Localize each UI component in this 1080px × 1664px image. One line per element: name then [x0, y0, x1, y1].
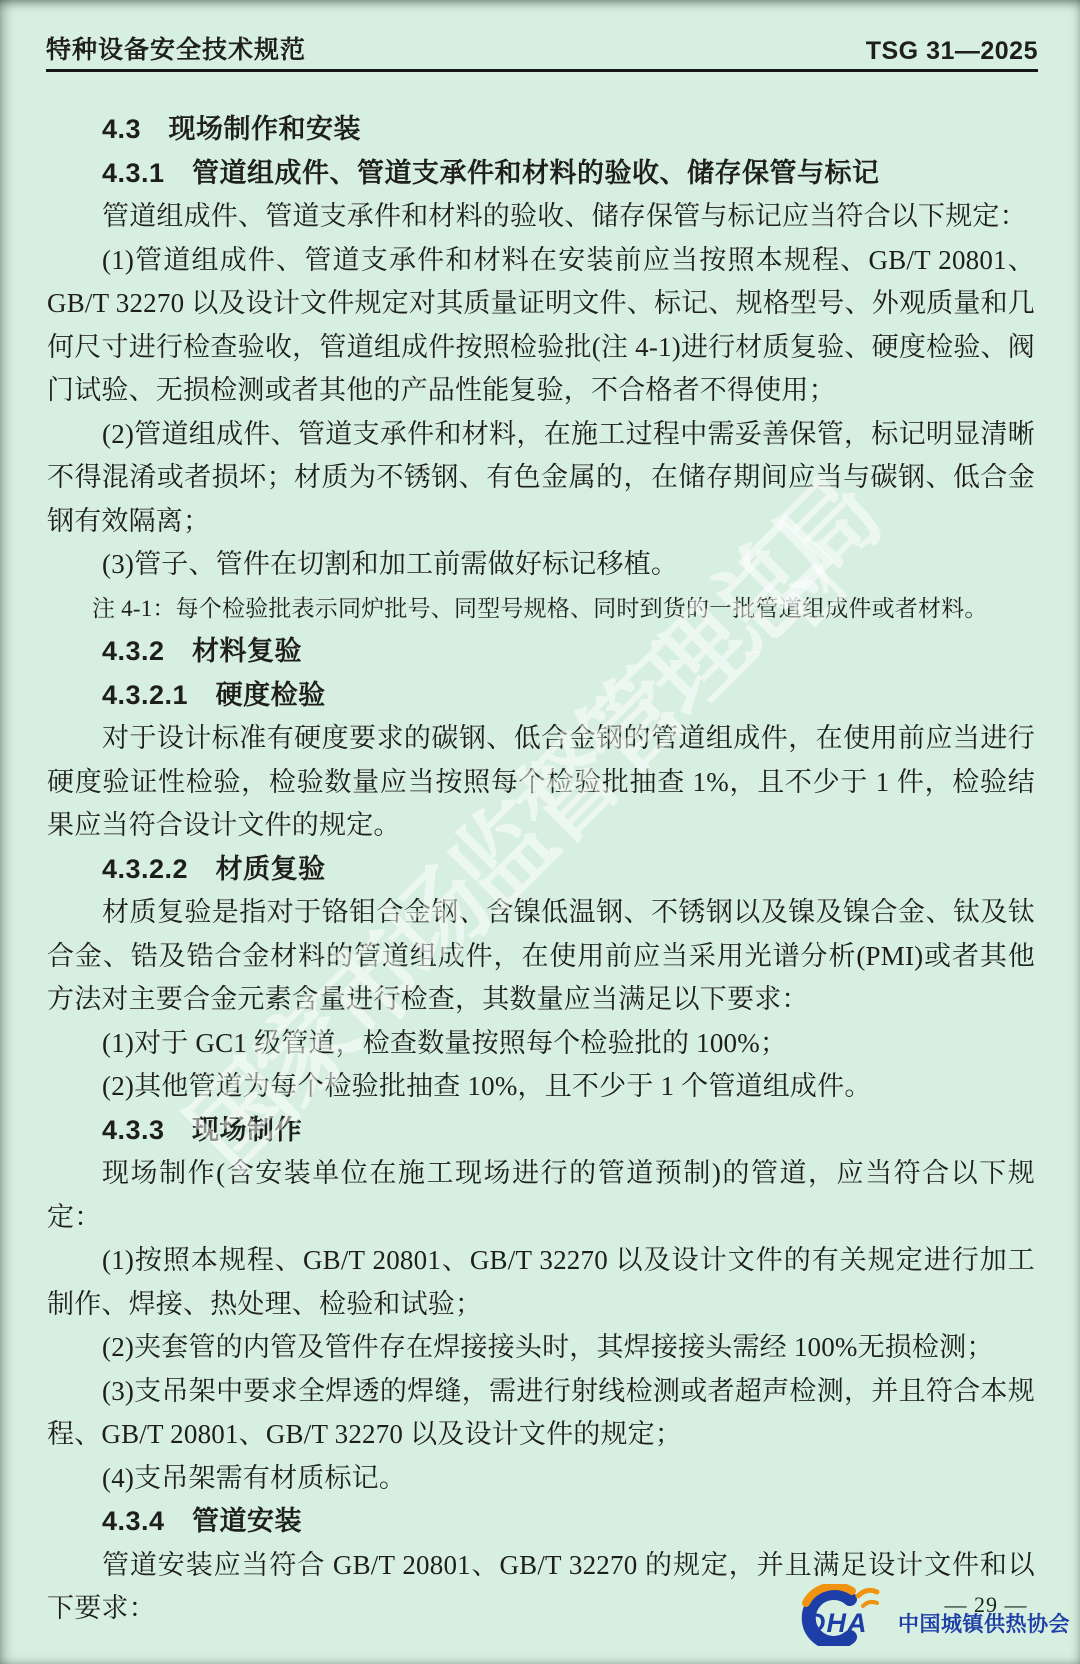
paragraph: 管道组成件、管道支承件和材料的验收、储存保管与标记应当符合以下规定：: [47, 195, 1035, 239]
association-logo: DHA 中国城镇供热协会: [786, 1584, 1076, 1648]
paragraph: (3)管子、管件在切割和加工前需做好标记移植。: [47, 543, 1035, 587]
paragraph: (2)夹套管的内管及管件存在焊接接头时，其焊接接头需经 100%无损检测；: [47, 1326, 1035, 1370]
section-heading: 4.3.2 材料复验: [47, 630, 1035, 674]
section-heading: 4.3 现场制作和安装: [47, 108, 1035, 152]
footnote: 注 4-1：每个检验批表示同炉批号、同型号规格、同时到货的一批管道组成件或者材料…: [47, 587, 1035, 631]
section-heading: 4.3.2.2 材质复验: [47, 848, 1035, 892]
page-header: 特种设备安全技术规范 TSG 31—2025: [46, 36, 1038, 66]
paragraph: (1)对于 GC1 级管道，检查数量按照每个检验批的 100%；: [47, 1022, 1035, 1066]
paragraph: (2)管道组成件、管道支承件和材料，在施工过程中需妥善保管，标记明显清晰不得混淆…: [47, 413, 1035, 544]
logo-acronym: DHA: [806, 1608, 868, 1639]
section-heading: 4.3.2.1 硬度检验: [47, 674, 1035, 718]
section-heading: 4.3.4 管道安装: [47, 1500, 1035, 1544]
header-rule: [46, 69, 1038, 72]
document-page: 特种设备安全技术规范 TSG 31—2025 4.3 现场制作和安装4.3.1 …: [0, 0, 1080, 1664]
paragraph: (1)管道组成件、管道支承件和材料在安装前应当按照本规程、GB/T 20801、…: [47, 239, 1035, 413]
logo-association-name: 中国城镇供热协会: [898, 1608, 1070, 1638]
paragraph: (3)支吊架中要求全焊透的焊缝，需进行射线检测或者超声检测，并且符合本规程、GB…: [47, 1370, 1035, 1457]
paragraph: (4)支吊架需有材质标记。: [47, 1457, 1035, 1501]
section-heading: 4.3.1 管道组成件、管道支承件和材料的验收、储存保管与标记: [47, 152, 1035, 196]
paragraph: (1)按照本规程、GB/T 20801、GB/T 32270 以及设计文件的有关…: [47, 1239, 1035, 1326]
document-body: 4.3 现场制作和安装4.3.1 管道组成件、管道支承件和材料的验收、储存保管与…: [47, 108, 1035, 1631]
paragraph: 现场制作(含安装单位在施工现场进行的管道预制)的管道，应当符合以下规定：: [47, 1152, 1035, 1239]
section-heading: 4.3.3 现场制作: [47, 1109, 1035, 1153]
paragraph: 对于设计标准有硬度要求的碳钢、低合金钢的管道组成件，在使用前应当进行硬度验证性检…: [47, 717, 1035, 848]
document-title: 特种设备安全技术规范: [46, 30, 306, 66]
paragraph: 材质复验是指对于铬钼合金钢、含镍低温钢、不锈钢以及镍及镍合金、钛及钛合金、锆及锆…: [47, 891, 1035, 1022]
document-code: TSG 31—2025: [866, 37, 1038, 66]
paragraph: (2)其他管道为每个检验批抽查 10%，且不少于 1 个管道组成件。: [47, 1065, 1035, 1109]
